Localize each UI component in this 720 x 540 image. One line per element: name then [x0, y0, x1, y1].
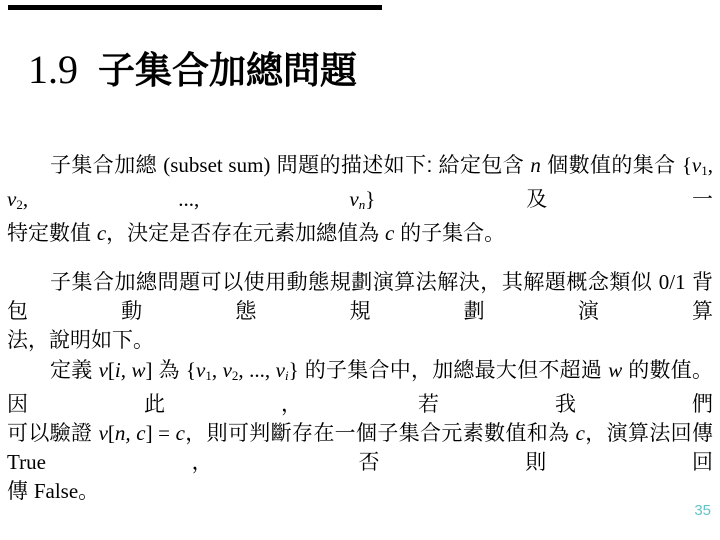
math-text: w: [608, 358, 622, 382]
math-text: , ...,: [23, 187, 350, 211]
body-text: 。: [78, 480, 99, 503]
paragraph-dp-approach: 子集合加總問題可以使用動態規劃演算法解決，其解題概念類似 0/1 背包動態規劃演…: [7, 268, 713, 355]
body-text: ，則可判斷存在一個子集合元素數值和為: [185, 422, 576, 445]
math-text: }: [289, 358, 299, 382]
text-line: 定義 v[i, w] 為 {v1, v2, ..., vi} 的子集合中，加總最…: [7, 356, 713, 419]
body-text: 特定數值: [7, 222, 97, 245]
text-line: 子集合加總 (subset sum) 問題的描述如下: 給定包含 n 個數值的集…: [7, 151, 713, 219]
text-line: 法，說明如下。: [7, 326, 713, 355]
slide-title: 1.9 子集合加總問題: [28, 40, 357, 94]
body-text: ，否則回: [46, 451, 713, 474]
math-text: v: [276, 358, 285, 382]
body-text: 的子集合中，加總最大但不超過: [299, 359, 609, 382]
slide: 1.9 子集合加總問題 子集合加總 (subset sum) 問題的描述如下: …: [0, 0, 720, 540]
body-text: 可以驗證: [7, 422, 99, 445]
math-text: c: [385, 221, 394, 245]
page-title: 子集合加總問題: [98, 40, 357, 94]
page-number: 35: [694, 502, 711, 519]
math-text: c: [97, 221, 106, 245]
body-text: ，演算法回傳: [585, 422, 713, 445]
body-text: 定義: [50, 359, 99, 382]
math-text: [: [108, 358, 115, 382]
math-text: 0/1: [659, 270, 686, 294]
math-text: v: [99, 358, 108, 382]
math-text: v: [692, 153, 701, 177]
paragraph-formulation: 定義 v[i, w] 為 {v1, v2, ..., vi} 的子集合中，加總最…: [7, 356, 713, 506]
math-text: ,: [212, 358, 223, 382]
body-text: ，決定是否存在元素加總值為: [106, 222, 385, 245]
math-text: ] =: [146, 421, 176, 445]
math-text: , ...,: [238, 358, 275, 382]
math-text: c: [576, 421, 585, 445]
body-text: 及一: [375, 188, 713, 211]
math-text: {: [186, 358, 196, 382]
body-text: 的子集合。: [394, 222, 505, 245]
math-text: {: [682, 153, 692, 177]
math-text: v: [196, 358, 205, 382]
math-text: True: [7, 450, 46, 474]
body-text: 為: [152, 359, 185, 382]
top-rule-bar: [8, 5, 382, 10]
text-line: 傳 False。: [7, 477, 713, 506]
math-text: [: [108, 421, 115, 445]
math-text: v: [349, 187, 358, 211]
body-text: 子集合加總: [50, 154, 163, 177]
text-line: 子集合加總問題可以使用動態規劃演算法解決，其解題概念類似 0/1 背包動態規劃演…: [7, 268, 713, 326]
body-text: 問題的描述如下: 給定包含: [270, 154, 530, 177]
body-text: 傳: [7, 480, 34, 503]
math-text: False: [34, 479, 78, 503]
section-number: 1.9: [28, 46, 78, 93]
math-text: ,: [708, 153, 713, 177]
math-text: n: [530, 153, 541, 177]
text-line: 特定數值 c，決定是否存在元素加總值為 c 的子集合。: [7, 219, 713, 248]
body-text: 子集合加總問題可以使用動態規劃演算法解決，其解題概念類似: [50, 271, 659, 294]
math-text: v: [99, 421, 108, 445]
math-text: (subset sum): [163, 153, 270, 177]
math-text: v: [7, 187, 16, 211]
text-line: 可以驗證 v[n, c] = c，則可判斷存在一個子集合元素數值和為 c，演算法…: [7, 419, 713, 477]
paragraph-definition: 子集合加總 (subset sum) 問題的描述如下: 給定包含 n 個數值的集…: [7, 151, 713, 248]
body-text: 個數值的集合: [541, 154, 682, 177]
math-text: i, w: [115, 358, 146, 382]
math-text: }: [365, 187, 375, 211]
math-text: n, c: [115, 421, 146, 445]
math-text: c: [176, 421, 185, 445]
body-text: 法，說明如下。: [7, 329, 154, 352]
math-text: v: [223, 358, 232, 382]
